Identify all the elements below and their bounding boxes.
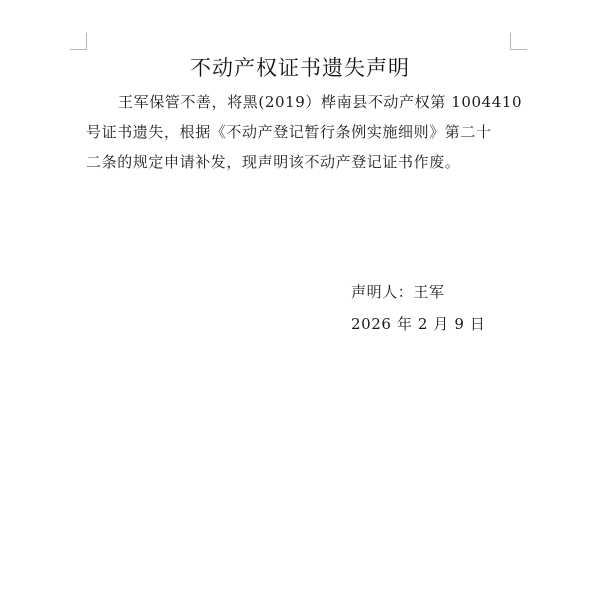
- declarant-line: 声明人：王军: [351, 276, 486, 308]
- signature-block: 声明人：王军 2026 年 2 月 9 日: [351, 276, 486, 340]
- date-line: 2026 年 2 月 9 日: [351, 308, 486, 340]
- statement-body: 王军保管不善，将黑(2019）桦南县不动产权第 1004410 号证书遗失，根据…: [86, 87, 514, 177]
- margin-corner-mark-top-right: [510, 33, 527, 50]
- body-line-3: 二条的规定申请补发，现声明该不动产登记证书作废。: [86, 147, 514, 177]
- body-line-2: 号证书遗失，根据《不动产登记暂行条例实施细则》第二十: [86, 117, 514, 147]
- document-page: 不动产权证书遗失声明 王军保管不善，将黑(2019）桦南县不动产权第 10044…: [0, 0, 600, 598]
- document-title: 不动产权证书遗失声明: [0, 52, 600, 82]
- body-line-1: 王军保管不善，将黑(2019）桦南县不动产权第 1004410: [86, 87, 514, 117]
- margin-corner-mark-top-left: [70, 33, 87, 50]
